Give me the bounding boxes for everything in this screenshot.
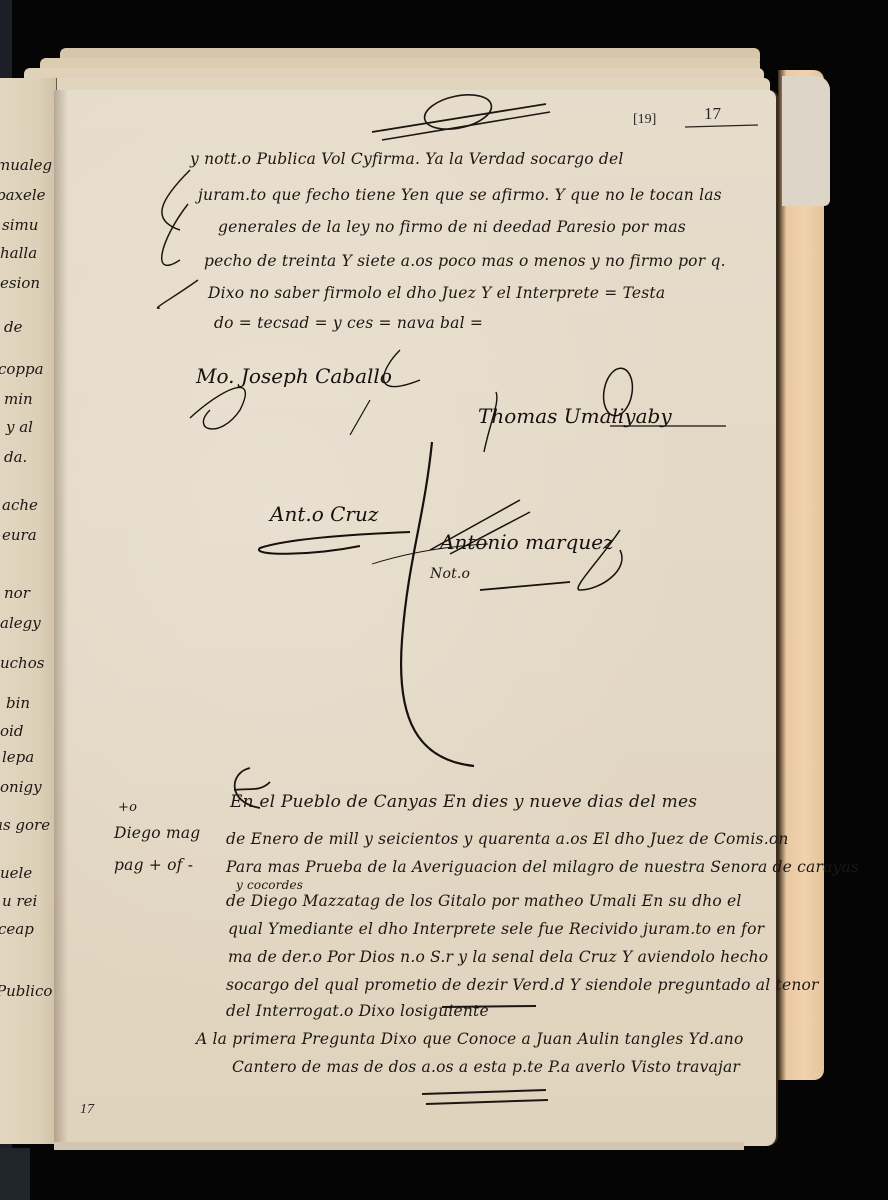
text-line: ma de der.o Por Dios n.o S.r y la senal … xyxy=(228,948,768,966)
facing-fragment: min xyxy=(4,390,33,408)
text-line: A la primera Pregunta Dixo que Conoce a … xyxy=(196,1030,744,1048)
text-line: pecho de treinta Y siete a.os poco mas o… xyxy=(204,252,726,270)
folio-underline xyxy=(680,124,760,130)
text-line: generales de la ley no firmo de ni deeda… xyxy=(218,218,686,236)
text-line: y nott.o Publica Vol Cyfirma. Ya la Verd… xyxy=(190,150,624,168)
line-end-rule xyxy=(440,1004,540,1010)
heading-flourish xyxy=(360,90,560,140)
margin-note-line: Diego mag xyxy=(114,824,200,842)
margin-note-line: +o xyxy=(118,800,137,815)
text-line: do = tecsad = y ces = nava bal = xyxy=(214,314,483,332)
interlinear-note: y cocordes xyxy=(236,878,303,892)
facing-fragment: y al xyxy=(6,418,33,436)
facing-fragment: ache xyxy=(2,496,38,514)
text-line: qual Ymediante el dho Interprete sele fu… xyxy=(228,920,764,938)
text-line: de Enero de mill y seicientos y quarenta… xyxy=(226,830,789,848)
fore-edge-worn-top xyxy=(782,76,830,206)
facing-page-left: mualeg paxele simu halla esion de coppa … xyxy=(0,78,57,1144)
facing-fragment: da. xyxy=(4,448,27,466)
text-line: socargo del qual prometio de dezir Verd.… xyxy=(226,976,819,994)
facing-fragment: uele xyxy=(0,864,32,882)
text-line: juram.to que fecho tiene Yen que se afir… xyxy=(198,186,722,204)
facing-fragment: mualeg xyxy=(0,156,52,174)
facing-fragment: coppa xyxy=(0,360,44,378)
facing-fragment: u rei xyxy=(2,892,37,910)
signature-flourish xyxy=(470,362,730,462)
text-line: En el Pueblo de Canyas En dies y nueve d… xyxy=(230,792,697,812)
facing-fragment: halla xyxy=(0,244,37,262)
text-line: de Diego Mazzatag de los Gitalo por math… xyxy=(226,892,742,910)
facing-fragment: eura xyxy=(2,526,37,544)
text-line: Cantero de mas de dos a.os a esta p.te P… xyxy=(232,1058,740,1076)
facing-fragment: ceap xyxy=(0,920,34,938)
facing-fragment: paxele xyxy=(0,186,46,204)
margin-note-line: pag + of - xyxy=(114,856,193,874)
facing-fragment: alegy xyxy=(0,614,41,632)
binding-strip-bottom xyxy=(0,1148,30,1200)
folio-number-top: 17 xyxy=(704,104,721,124)
initial-flourish xyxy=(150,160,210,320)
gutter-shadow xyxy=(54,90,68,1146)
facing-fragment: esion xyxy=(0,274,40,292)
text-line: Dixo no saber firmolo el dho Juez Y el I… xyxy=(208,284,665,302)
facing-fragment: nor xyxy=(4,584,30,602)
facing-fragment: Publico xyxy=(0,982,52,1000)
signature-flourish xyxy=(180,340,440,440)
facing-fragment: de xyxy=(4,318,22,336)
facing-fragment: as gore xyxy=(0,816,50,834)
closing-double-rule xyxy=(420,1086,550,1110)
folio-number-bracketed: [19] xyxy=(633,112,656,128)
closing-flourish-stroke xyxy=(388,440,478,770)
folio-number-bottom: 17 xyxy=(80,1102,94,1118)
facing-fragment: uchos xyxy=(0,654,44,672)
page-bottom-edge xyxy=(54,1142,744,1150)
facing-fragment: simu xyxy=(2,216,38,234)
facing-fragment: onigy xyxy=(0,778,42,796)
facing-fragment: bin xyxy=(6,694,30,712)
text-line: Para mas Prueba de la Averiguacion del m… xyxy=(226,858,859,876)
connector-stroke xyxy=(370,540,490,570)
book-fore-edge xyxy=(778,70,824,1080)
facing-fragment: oid xyxy=(0,722,23,740)
facing-fragment: lepa xyxy=(2,748,34,766)
